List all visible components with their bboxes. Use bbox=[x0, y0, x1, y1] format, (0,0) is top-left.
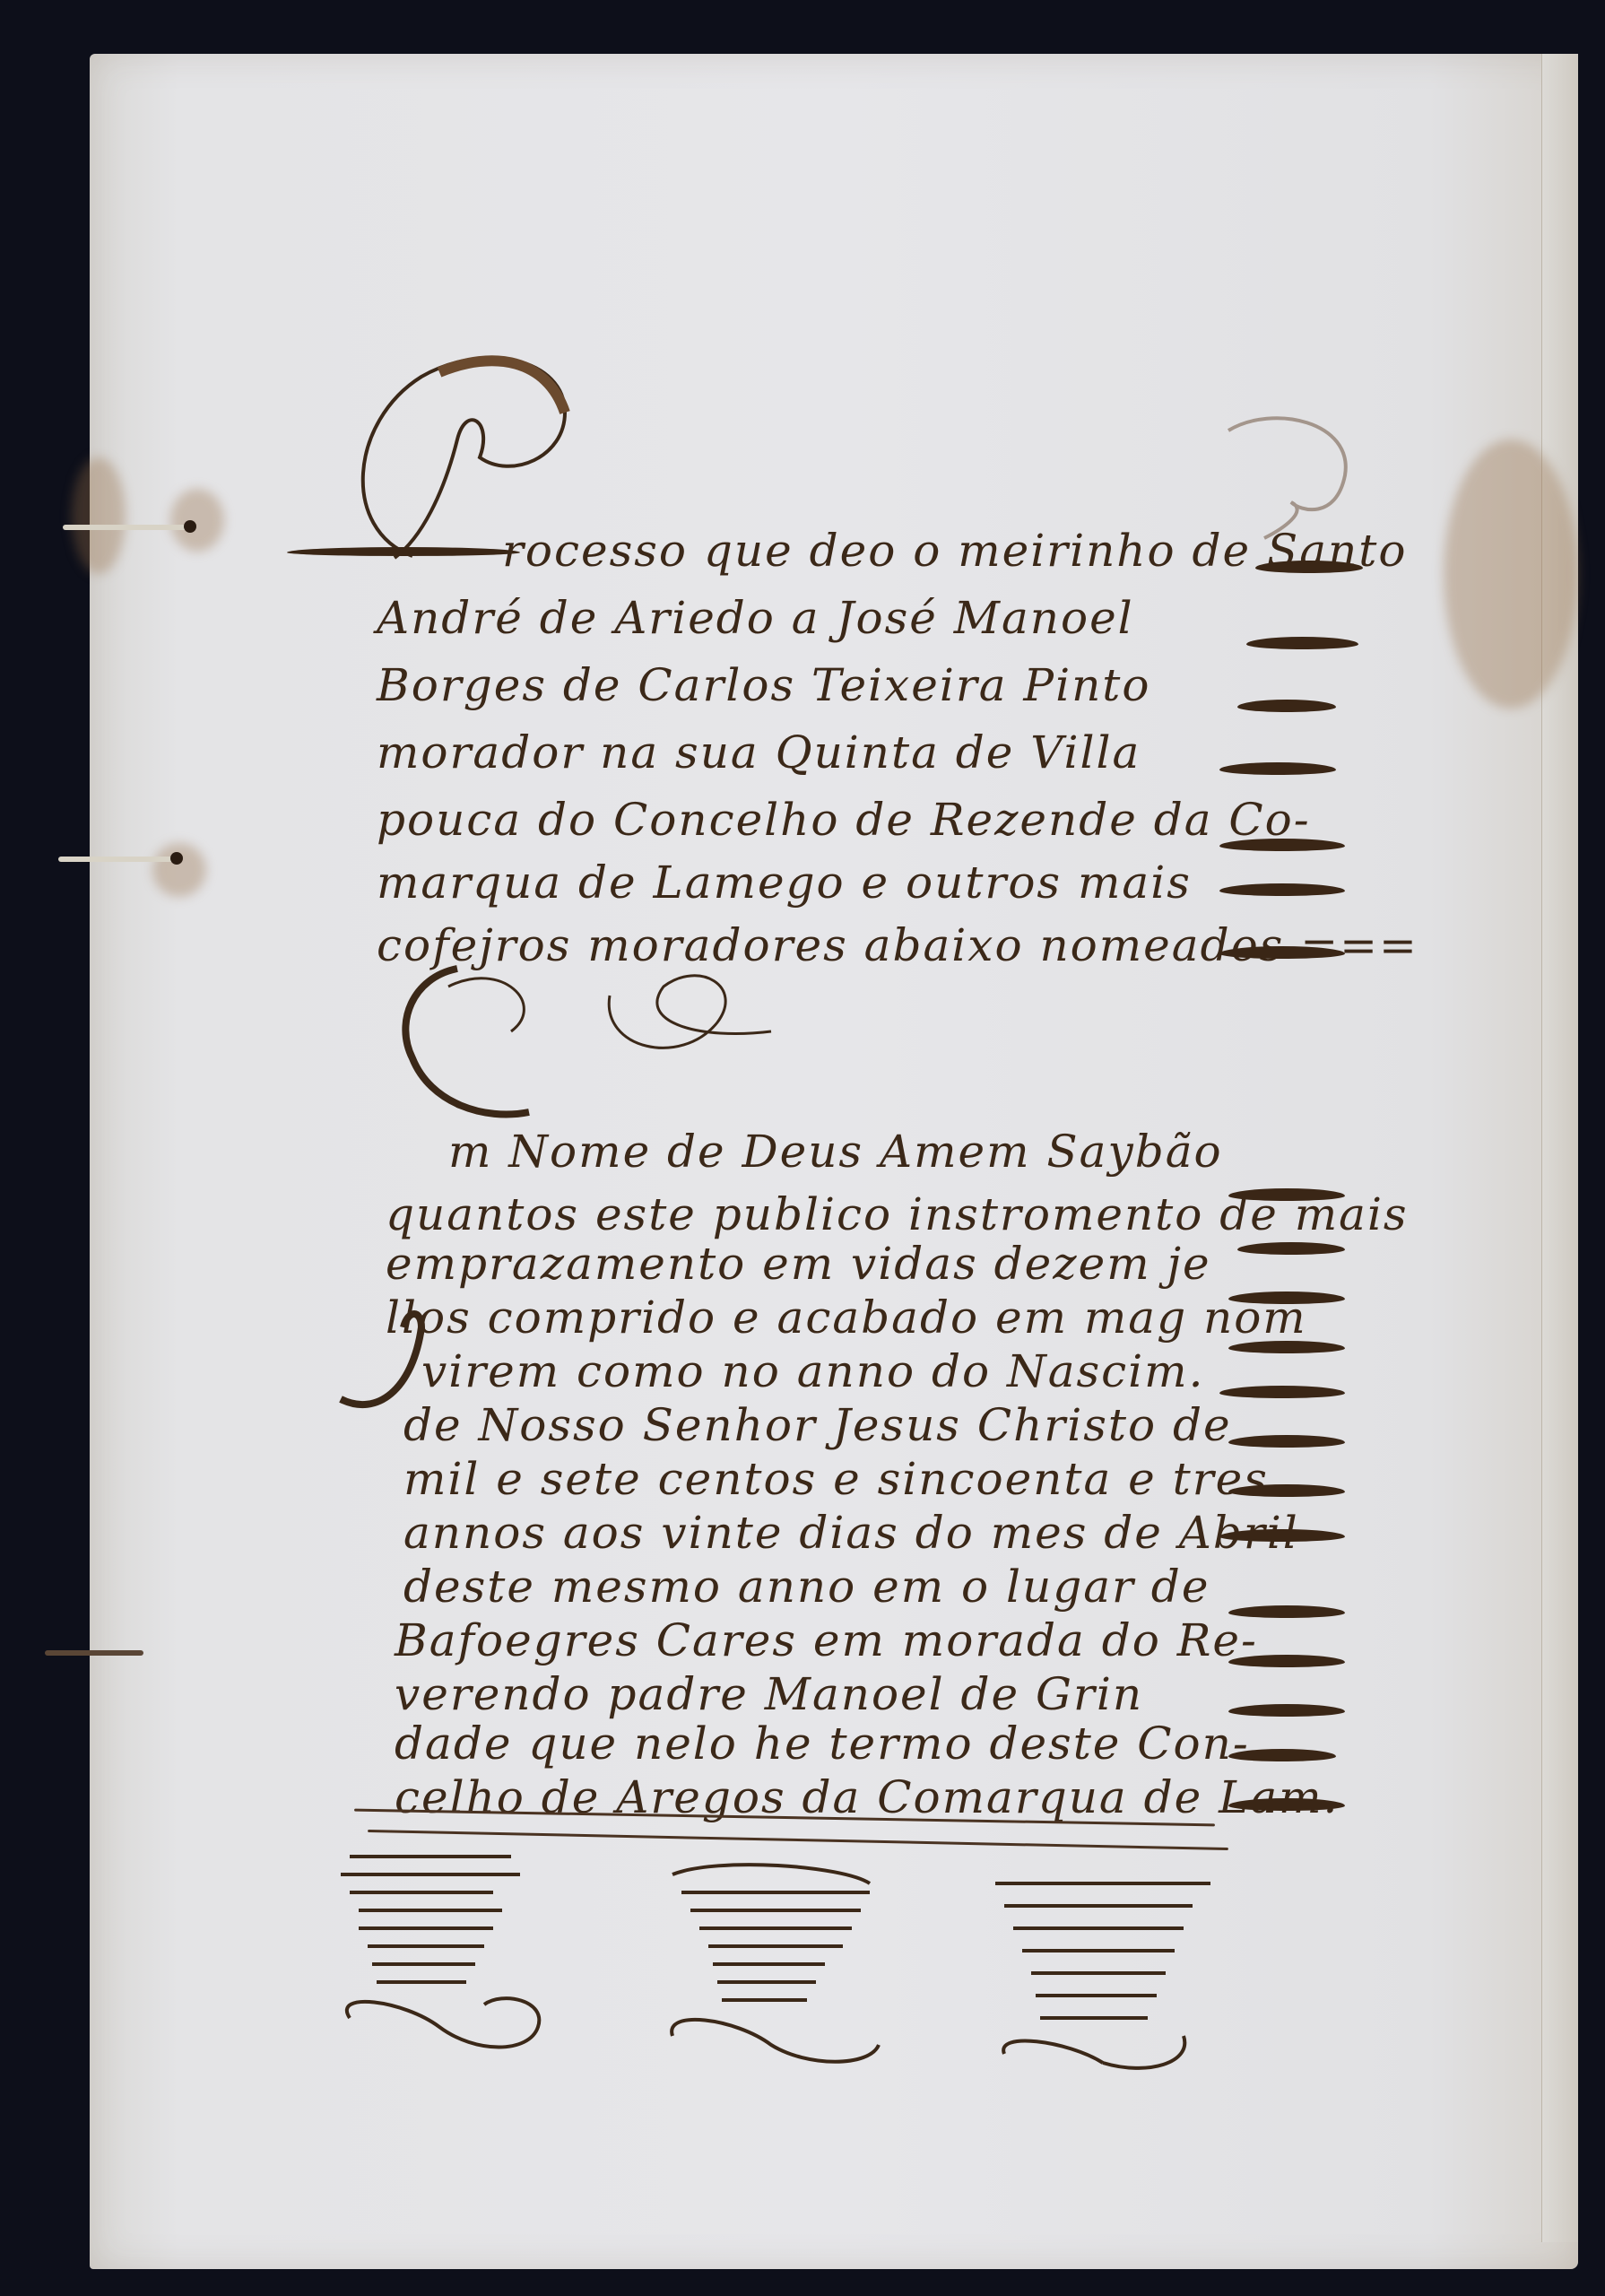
stain-left-top bbox=[72, 457, 126, 574]
line-filler bbox=[1228, 1291, 1345, 1304]
faded-initial-p-margin bbox=[1193, 404, 1354, 547]
closing-flourish-left bbox=[332, 1848, 583, 2063]
line-filler bbox=[1219, 1386, 1345, 1398]
line-filler bbox=[1228, 1605, 1345, 1618]
line-filler bbox=[1228, 1704, 1345, 1717]
binding-hole-2 bbox=[170, 852, 183, 865]
line-filler bbox=[1228, 1798, 1345, 1811]
body-line-10: Bafoegres Cares em morada do Re- bbox=[395, 1614, 1258, 1666]
line-filler bbox=[1255, 561, 1363, 573]
body-line-11: verendo padre Manoel de Grin bbox=[395, 1668, 1143, 1720]
line-filler bbox=[1237, 1242, 1345, 1255]
decorative-initial-e bbox=[377, 951, 843, 1148]
line-filler bbox=[1228, 1435, 1345, 1448]
closing-flourish-right bbox=[986, 1865, 1237, 2081]
line-filler bbox=[1237, 700, 1336, 712]
body-line-7: mil e sete centos e sincoenta e tres bbox=[403, 1453, 1269, 1505]
binding-thread-1 bbox=[63, 525, 188, 530]
binding-hole-1 bbox=[184, 520, 196, 533]
initial-underline bbox=[287, 547, 520, 556]
line-filler bbox=[1228, 1188, 1345, 1201]
binding-thread-2 bbox=[58, 857, 175, 862]
heading-line-6: marqua de Lamego e outros mais bbox=[377, 857, 1192, 909]
body-line-5: virem como no anno do Nascim. bbox=[421, 1345, 1204, 1397]
body-line-8: annos aos vinte dias do mes de Abril bbox=[403, 1507, 1299, 1559]
binding-thread-3 bbox=[45, 1650, 143, 1656]
body-line-6: de Nosso Senhor Jesus Christo de bbox=[403, 1399, 1232, 1451]
water-stain-right bbox=[1444, 439, 1578, 709]
line-filler bbox=[1228, 1484, 1345, 1497]
line-filler bbox=[1219, 762, 1336, 775]
line-filler bbox=[1228, 1749, 1336, 1761]
line-filler bbox=[1219, 883, 1345, 896]
page-edge-stack bbox=[1541, 54, 1578, 2242]
body-line-9: deste mesmo anno em o lugar de bbox=[403, 1561, 1210, 1613]
body-line-4: llos comprido e acabado em mag nom bbox=[386, 1291, 1307, 1344]
heading-line-3: Borges de Carlos Teixeira Pinto bbox=[377, 659, 1150, 711]
line-filler bbox=[1228, 1341, 1345, 1353]
line-filler bbox=[1228, 1655, 1345, 1667]
body-line-13: celho de Aregos da Comarqua de Lam. bbox=[395, 1771, 1339, 1823]
heading-line-2: André de Ariedo a José Manoel bbox=[377, 592, 1134, 644]
body-line-12: dade que nelo he termo deste Con- bbox=[395, 1718, 1250, 1770]
heading-line-4: morador na sua Quinta de Villa bbox=[377, 726, 1141, 778]
line-filler bbox=[1246, 637, 1358, 649]
stain-left-hole-1 bbox=[170, 489, 224, 552]
body-line-3: emprazamento em vidas dezem je bbox=[386, 1238, 1211, 1290]
heading-line-5: pouca do Concelho de Rezende da Co- bbox=[377, 794, 1311, 846]
body-line-1: m Nome de Deus Amem Saybão bbox=[448, 1126, 1223, 1178]
decorative-initial-l bbox=[323, 1309, 448, 1417]
closing-flourish-center bbox=[664, 1857, 915, 2072]
stain-left-hole-2 bbox=[152, 843, 206, 897]
line-filler bbox=[1219, 946, 1345, 959]
line-filler bbox=[1219, 1529, 1345, 1542]
line-filler bbox=[1219, 839, 1345, 851]
